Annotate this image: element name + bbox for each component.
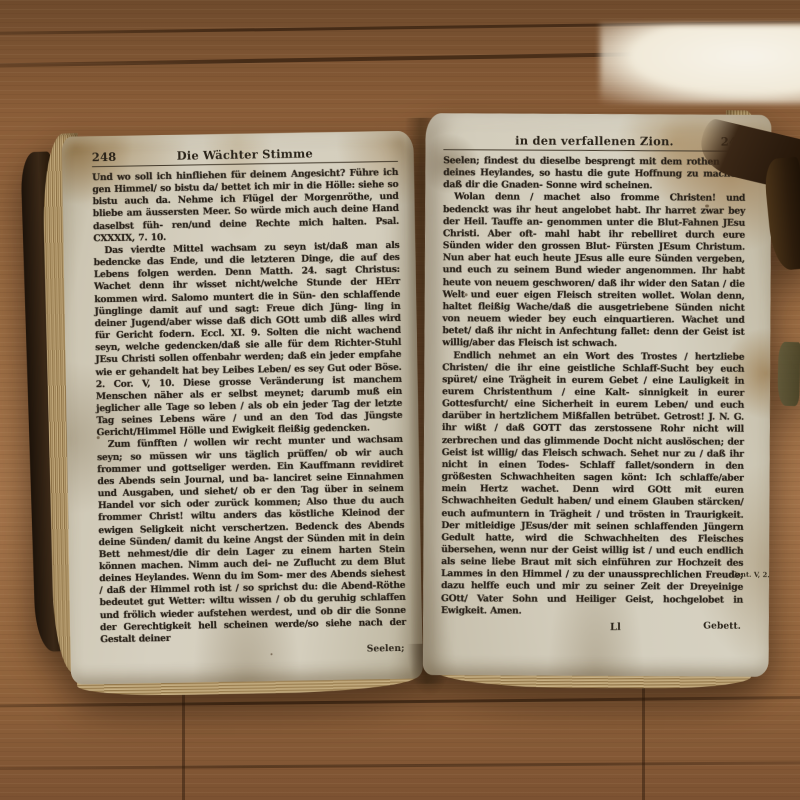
left-page-footer: Seelen; [100, 643, 406, 662]
left-body-text: Und wo soll ich hinfliehen für deinem An… [92, 167, 406, 646]
right-running-head: in den verfallenen Zion. 249 [443, 133, 745, 149]
catchword-right: Gebett. [703, 620, 741, 631]
right-body-text: Seelen; findest du dieselbe besprengt mi… [441, 155, 745, 619]
wood-plank-seam [0, 761, 800, 770]
left-page-number: 248 [92, 150, 132, 165]
paragraph: Zum fünfften / wollen wir recht munter u… [97, 434, 407, 646]
paragraph: Und wo soll ich hinfliehen für deinem An… [92, 167, 399, 245]
wood-plank-joint [182, 688, 185, 800]
right-running-title: in den verfallenen Zion. [483, 133, 705, 148]
paragraph: Das vierdte Mittel wachsam zu seyn ist/d… [93, 240, 402, 440]
signature-mark: Ll [610, 622, 621, 633]
wood-plank-seam [0, 695, 800, 707]
clasp-tab [777, 342, 800, 407]
right-page: in den verfallenen Zion. 249 Seelen; fin… [423, 113, 772, 677]
ink-speck [97, 436, 100, 439]
paragraph: Endlich nehmet an ein Wort des Trostes /… [441, 350, 744, 619]
foxing-spot [705, 204, 709, 207]
ink-speck [465, 293, 468, 296]
paragraph: Wolan denn / machet also fromme Christen… [442, 192, 745, 352]
right-page-footer: Ll Gebett. [441, 619, 743, 635]
left-page: 248 Die Wächter Stimme Und wo soll ich h… [61, 131, 423, 685]
ink-speck [271, 653, 273, 655]
header-spacer [358, 156, 398, 157]
catchword-left: Seelen; [367, 643, 405, 655]
paragraph: Seelen; findest du dieselbe besprengt mi… [443, 155, 745, 193]
open-book: 248 Die Wächter Stimme Und wo soll ich h… [23, 80, 777, 692]
header-rule [443, 149, 745, 152]
margin-note: Cant. V, 2. [732, 570, 771, 579]
left-running-title: Die Wächter Stimme [132, 146, 358, 164]
